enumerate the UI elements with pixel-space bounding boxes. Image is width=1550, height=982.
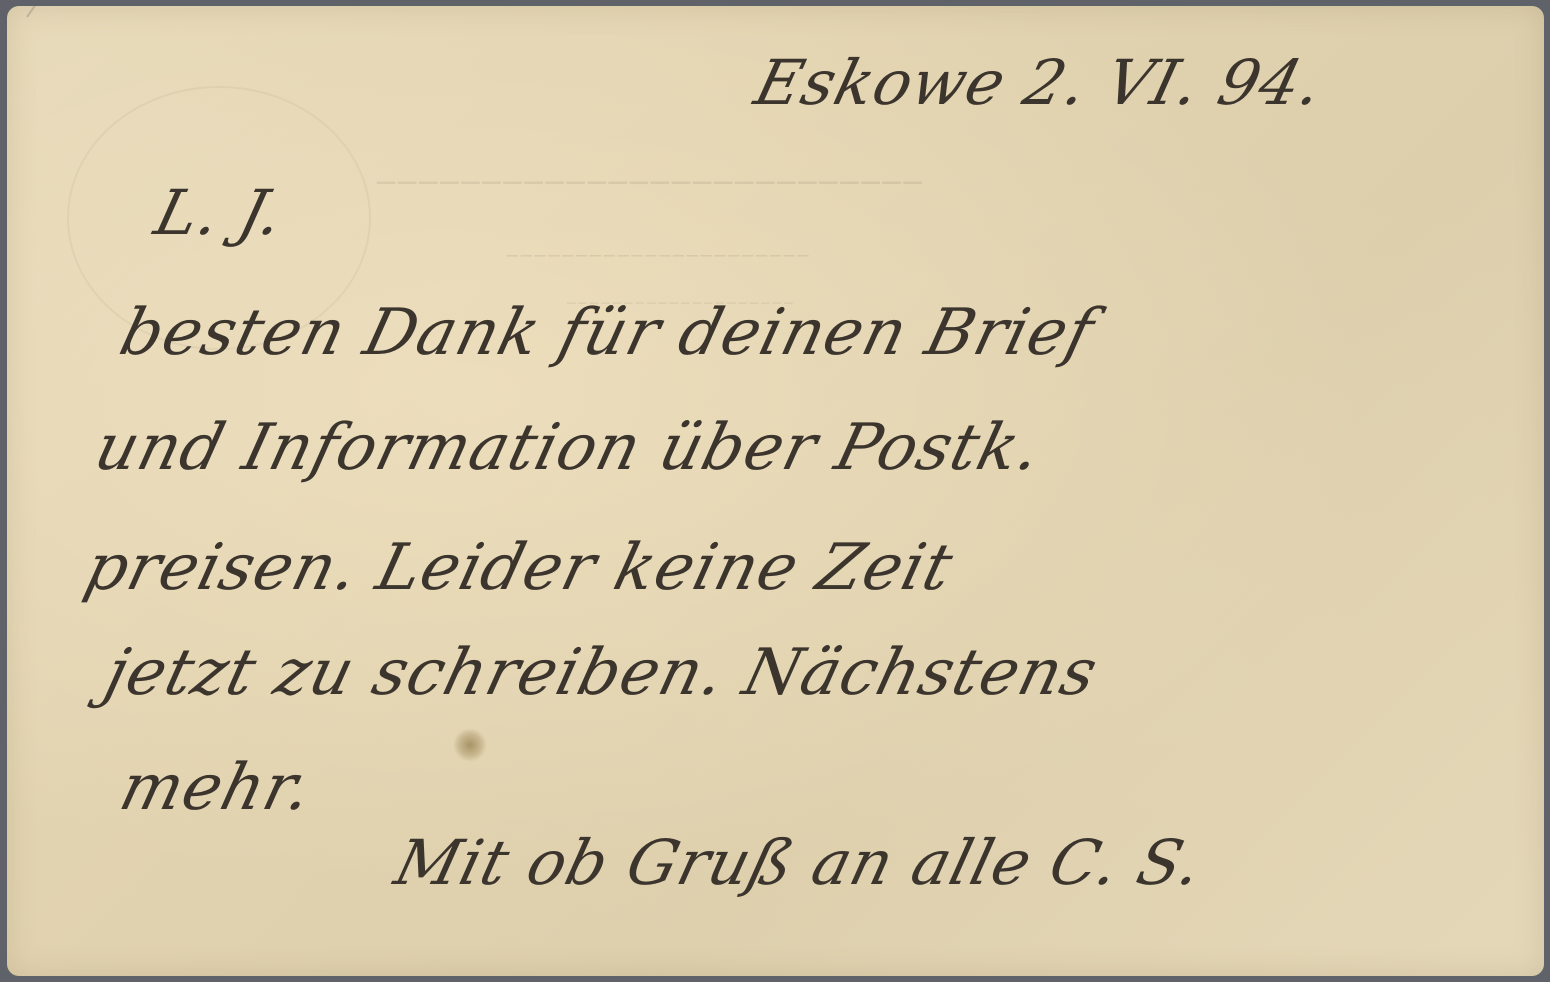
body-line: mehr. <box>113 751 320 825</box>
corner-crease <box>26 6 96 18</box>
show-through-print-line-2: ────────────────────── <box>507 246 811 267</box>
postcard: ────────────────────────── ─────────────… <box>7 6 1544 976</box>
body-line: besten Dank für deinen Brief <box>113 296 1102 370</box>
body-line: und Information über Postk. <box>88 411 1049 485</box>
salutation: L. J. <box>148 176 292 249</box>
place-date: Eskowe 2. VI. 94. <box>748 46 1331 119</box>
body-line: jetzt zu schreiben. Nächstens <box>98 636 1105 710</box>
show-through-print-line-1: ────────────────────────── <box>377 166 925 201</box>
ink-stain <box>453 728 487 762</box>
closing-signature: Mit ob Gruß an alle C. S. <box>388 826 1210 899</box>
body-line: preisen. Leider keine Zeit <box>78 531 961 605</box>
